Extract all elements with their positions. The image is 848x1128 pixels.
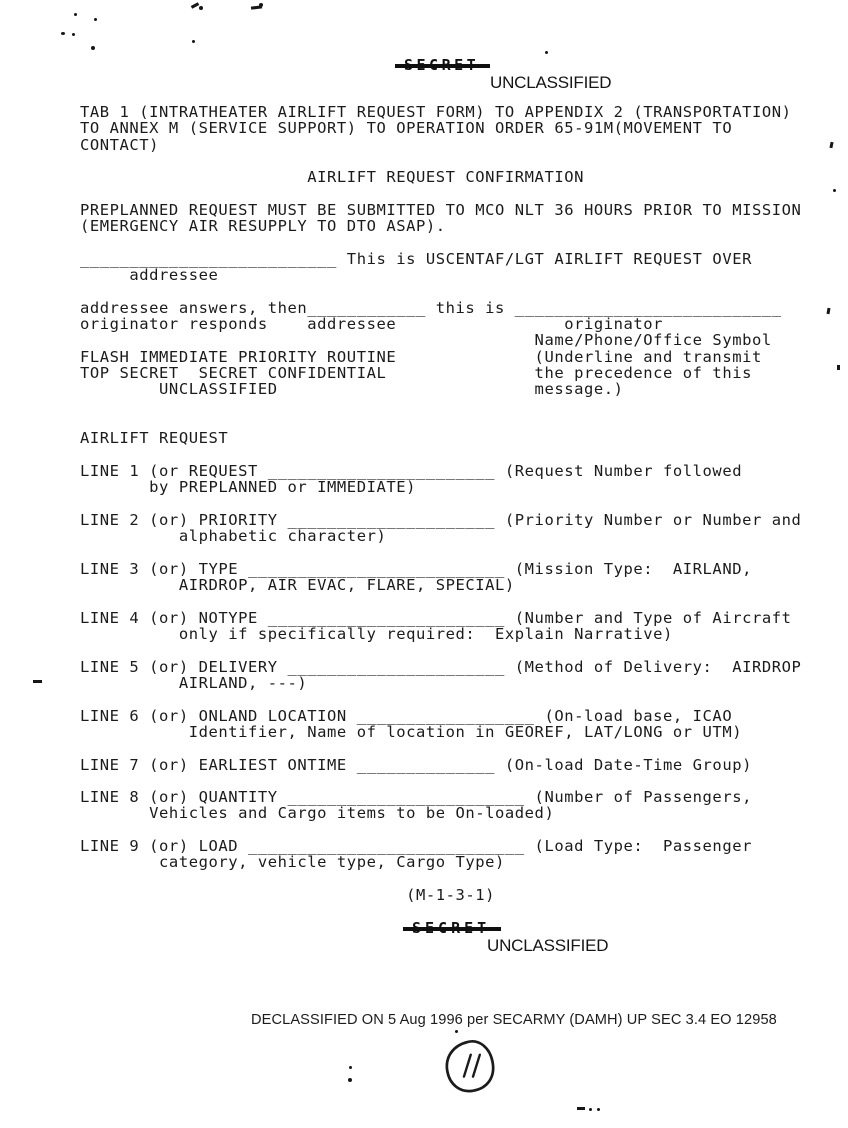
typewriter-line: Name/Phone/Office Symbol [80,332,840,348]
typewriter-line [80,642,840,658]
typewriter-line: Identifier, Name of location in GEOREF, … [80,724,840,740]
scan-artifact [577,1107,585,1110]
typewriter-line: CONTACT) [80,137,840,153]
typewriter-line: LINE 3 (or) TYPE _______________________… [80,561,840,577]
scan-artifact [348,1078,352,1082]
typewriter-line: only if specifically required: Explain N… [80,626,840,642]
typewriter-line: FLASH IMMEDIATE PRIORITY ROUTINE (Underl… [80,349,840,365]
scan-artifact [349,1066,352,1069]
scan-artifact [191,2,199,8]
typewriter-line: LINE 2 (or) PRIORITY ___________________… [80,512,840,528]
typewriter-line: AIRDROP, AIR EVAC, FLARE, SPECIAL) [80,577,840,593]
scan-artifact [833,189,836,192]
typewriter-line: alphabetic character) [80,528,840,544]
typewriter-line [80,544,840,560]
scan-artifact [91,46,95,50]
scan-artifact [589,1108,592,1111]
typewriter-line: AIRLIFT REQUEST CONFIRMATION [80,169,840,185]
typewriter-line: LINE 9 (or) LOAD _______________________… [80,838,840,854]
typewriter-line [80,593,840,609]
declassification-note: DECLASSIFIED ON 5 Aug 1996 per SECARMY (… [251,1012,777,1028]
typewriter-line: Vehicles and Cargo items to be On-loaded… [80,805,840,821]
typewriter-line: originator responds addressee originator [80,316,840,332]
typewriter-line: (EMERGENCY AIR RESUPPLY TO DTO ASAP). [80,218,840,234]
typewriter-line [80,186,840,202]
typewriter-line [80,822,840,838]
handwritten-page-number-circle [441,1037,501,1097]
typewriter-line: TAB 1 (INTRATHEATER AIRLIFT REQUEST FORM… [80,104,840,120]
typewriter-line: PREPLANNED REQUEST MUST BE SUBMITTED TO … [80,202,840,218]
typewriter-line: TO ANNEX M (SERVICE SUPPORT) TO OPERATIO… [80,120,840,136]
typewriter-line: by PREPLANNED or IMMEDIATE) [80,479,840,495]
typewriter-line: (M-1-3-1) [80,887,840,903]
typewriter-line [80,496,840,512]
typewriter-line: AIRLIFT REQUEST [80,430,840,446]
typewriter-line: TOP SECRET SECRET CONFIDENTIAL the prece… [80,365,840,381]
scan-artifact [837,365,840,370]
typewriter-line: __________________________ This is USCEN… [80,251,840,267]
scan-artifact [94,18,97,21]
typewriter-line [80,447,840,463]
typewriter-line [80,153,840,169]
typewriter-line [80,398,840,414]
typewriter-line [80,740,840,756]
scan-artifact [33,680,42,683]
unclassified-stamp-top: UNCLASSIFIED [490,73,611,93]
document-page: SECRET UNCLASSIFIED TAB 1 (INTRATHEATER … [0,0,848,1128]
typewriter-line [80,773,840,789]
typewriter-line [80,283,840,299]
typewriter-line: addressee [80,267,840,283]
handwritten-digit-one [471,1055,482,1077]
typewriter-line: LINE 7 (or) EARLIEST ONTIME ____________… [80,757,840,773]
typewriter-line: UNCLASSIFIED message.) [80,381,840,397]
typewriter-line: LINE 5 (or) DELIVERY ___________________… [80,659,840,675]
typewriter-line: LINE 8 (or) QUANTITY ___________________… [80,789,840,805]
typewriter-body: TAB 1 (INTRATHEATER AIRLIFT REQUEST FORM… [80,104,840,903]
scan-artifact [259,3,263,7]
scan-artifact [74,13,77,16]
typewriter-line: AIRLAND, ---) [80,675,840,691]
strikethrough-bar [395,64,490,67]
typewriter-line: category, vehicle type, Cargo Type) [80,854,840,870]
scan-artifact [192,40,195,43]
scan-artifact [597,1108,600,1111]
typewriter-line [80,691,840,707]
scan-artifact [72,33,75,36]
typewriter-line: LINE 4 (or) NOTYPE _____________________… [80,610,840,626]
typewriter-line [80,871,840,887]
scan-artifact [61,32,65,35]
scan-artifact [545,51,548,54]
scan-artifact [455,1030,458,1033]
handwritten-digit-one [462,1055,473,1077]
scan-artifact [199,6,203,10]
secret-stamp-top: SECRET [404,56,479,74]
typewriter-line: addressee answers, then____________ this… [80,300,840,316]
typewriter-line: LINE 6 (or) ONLAND LOCATION ____________… [80,708,840,724]
typewriter-line: LINE 1 (or REQUEST _____________________… [80,463,840,479]
typewriter-line [80,414,840,430]
secret-stamp-bottom: SECRET [412,919,490,937]
strikethrough-bar [403,927,502,931]
typewriter-line [80,235,840,251]
unclassified-stamp-bottom: UNCLASSIFIED [487,936,608,956]
